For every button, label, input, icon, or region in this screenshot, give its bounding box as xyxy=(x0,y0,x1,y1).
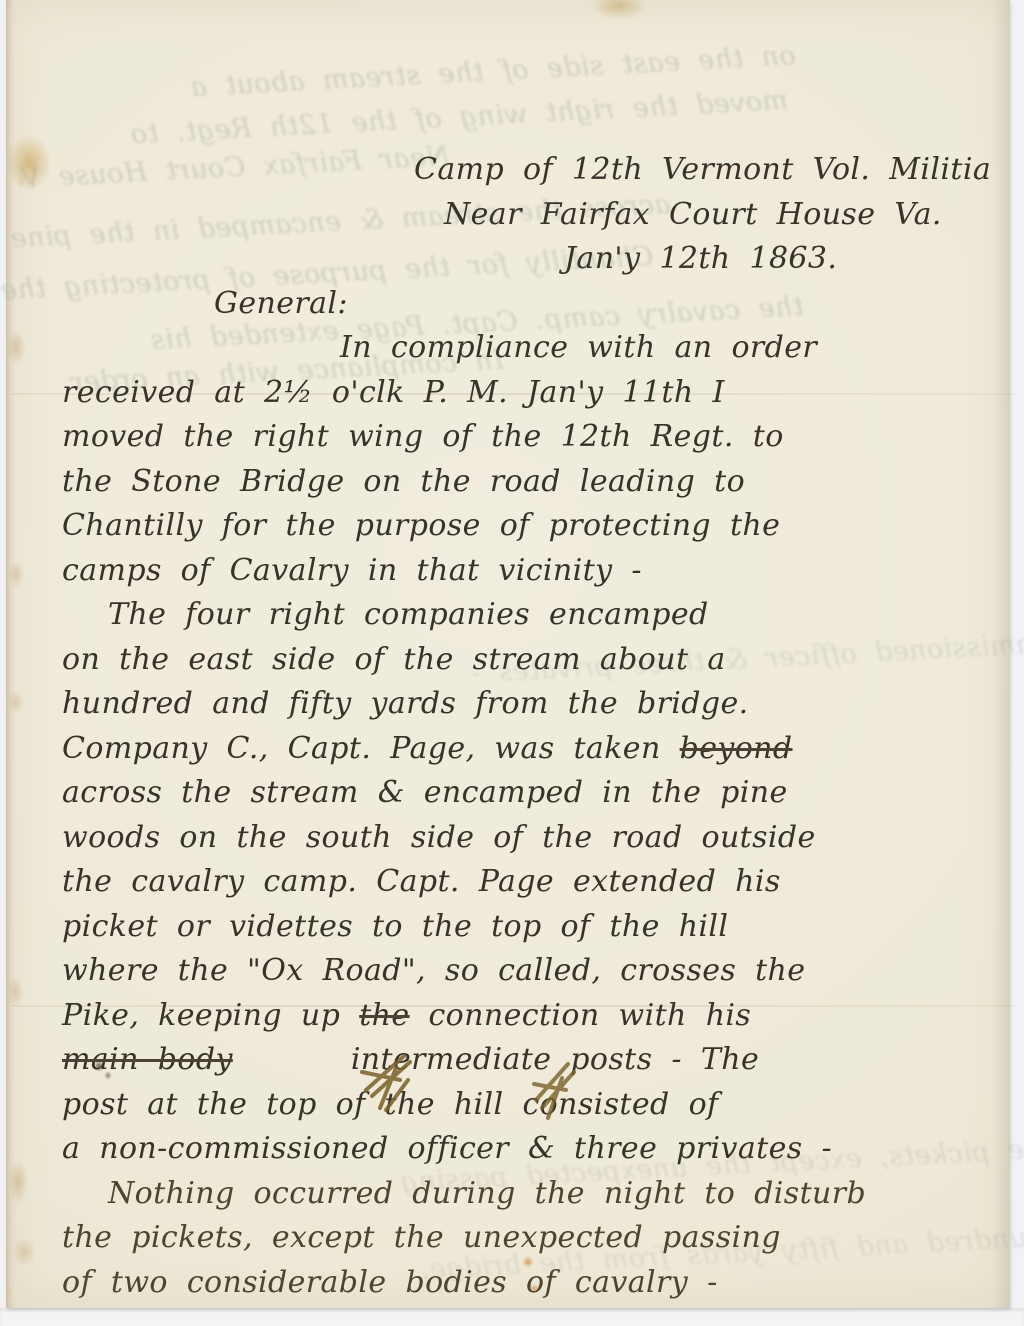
crossed-out-word: beyond xyxy=(680,731,793,766)
letter-line: post at the top of the hill consisted of xyxy=(62,1083,1006,1128)
letter-line-segment: intermediate posts - The xyxy=(351,1042,759,1077)
crossed-out-word: the xyxy=(359,998,409,1033)
letter-heading-place: Near Fairfax Court House Va. xyxy=(444,193,1006,238)
torn-edge xyxy=(6,0,15,1308)
letter-line: a non-commissioned officer & three priva… xyxy=(62,1127,1006,1172)
letter-line: the Stone Bridge on the road leading to xyxy=(62,460,1006,505)
letter-line: Company C., Capt. Page, was taken beyond xyxy=(62,727,1006,772)
crossed-out-word: main body xyxy=(62,1042,233,1077)
letter-line: camps of Cavalry in that vicinity - xyxy=(62,549,1006,594)
letter-line: on the east side of the stream about a xyxy=(62,638,1006,683)
letter-line: Pike, keeping up the connection with his xyxy=(62,994,1006,1039)
stain xyxy=(12,1238,36,1266)
letter-heading-date: Jan'y 12th 1863. xyxy=(564,237,1006,282)
letter-line: main bodyintermediate posts - The xyxy=(62,1038,1006,1083)
stain xyxy=(590,0,648,20)
letter-line: across the stream & encamped in the pine xyxy=(62,771,1006,816)
letter-line: picket or videttes to the top of the hil… xyxy=(62,905,1006,950)
letter-line: The four right companies encamped xyxy=(108,593,1006,638)
letter-line: Nothing occurred during the night to dis… xyxy=(108,1172,1006,1217)
letter-line: moved the right wing of the 12th Regt. t… xyxy=(62,415,1006,460)
letter-heading-camp: Camp of 12th Vermont Vol. Militia xyxy=(414,148,1006,193)
letter-line: of two considerable bodies of cavalry - xyxy=(62,1261,1006,1306)
letter-salutation: General: xyxy=(214,282,1006,327)
letter-line: the pickets, except the unexpected passi… xyxy=(62,1216,1006,1261)
letter-line-segment: connection with his xyxy=(410,998,752,1033)
scanner-margin xyxy=(0,1308,1024,1326)
letter-line-segment: Company C., Capt. Page, was taken xyxy=(62,731,680,766)
letter-line: Chantilly for the purpose of protecting … xyxy=(62,504,1006,549)
letter-line: hundred and fifty yards from the bridge. xyxy=(62,682,1006,727)
letter-text: Camp of 12th Vermont Vol. Militia Near F… xyxy=(62,148,1006,1305)
letter-line: the cavalry camp. Capt. Page extended hi… xyxy=(62,860,1006,905)
letter-line-segment: Pike, keeping up xyxy=(62,998,359,1033)
letter-line: In compliance with an order xyxy=(340,326,1006,371)
letter-line: received at 2½ o'clk P. M. Jan'y 11th I xyxy=(62,371,1006,416)
letter-line: woods on the south side of the road outs… xyxy=(62,816,1006,861)
letter-line: where the "Ox Road", so called, crosses … xyxy=(62,949,1006,994)
